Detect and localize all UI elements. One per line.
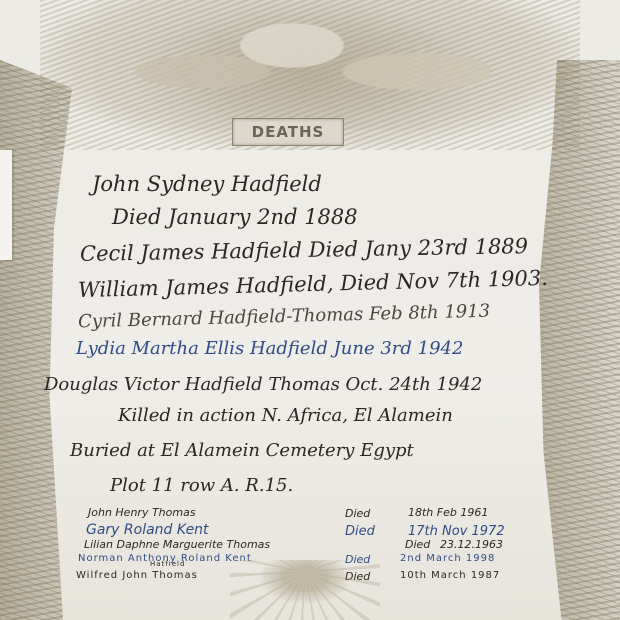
entry-name: Wilfred John Thomas <box>76 570 198 581</box>
entry-date: 17th Nov 1972 <box>408 524 505 539</box>
register-page: DEATHS John Sydney Hadfield Died January… <box>0 0 620 620</box>
engraved-angel-decoration <box>230 560 380 620</box>
entry-line: Cyril Bernard Hadfield-Thomas Feb 8th 19… <box>78 301 491 333</box>
entry-date: 10th March 1987 <box>400 570 500 581</box>
entry-line: Cecil James Hadfield Died Jany 23rd 1889 <box>80 234 528 266</box>
entry-line: Plot 11 row A. R.15. <box>110 475 293 496</box>
entry-insertion: Hatfield <box>150 560 185 568</box>
entry-name: Lilian Daphne Marguerite Thomas <box>84 538 270 551</box>
entry-date: 2nd March 1998 <box>400 553 495 564</box>
entry-name: John Henry Thomas <box>88 506 196 519</box>
entry-line: William James Hadfield, Died Nov 7th 190… <box>78 266 548 302</box>
entry-name: Gary Roland Kent <box>86 522 209 538</box>
entry-status: Died <box>345 524 375 539</box>
entry-line: Died January 2nd 1888 <box>112 205 358 229</box>
entry-line: John Sydney Hadfield <box>92 172 322 196</box>
entry-status: Died <box>345 507 370 520</box>
entry-line: Lydia Martha Ellis Hadfield June 3rd 194… <box>76 338 463 359</box>
page-heading: DEATHS <box>232 118 344 146</box>
engraved-heavenly-scene <box>130 0 490 130</box>
entry-line: Douglas Victor Hadfield Thomas Oct. 24th… <box>44 374 482 395</box>
entry-line: Killed in action N. Africa, El Alamein <box>118 405 453 426</box>
entry-date: 18th Feb 1961 <box>408 506 488 519</box>
entry-status: Died <box>405 538 430 551</box>
adjacent-paper-edge <box>0 150 12 260</box>
entry-line: Buried at El Alamein Cemetery Egypt <box>70 440 414 461</box>
entry-date: 23.12.1963 <box>440 538 503 551</box>
